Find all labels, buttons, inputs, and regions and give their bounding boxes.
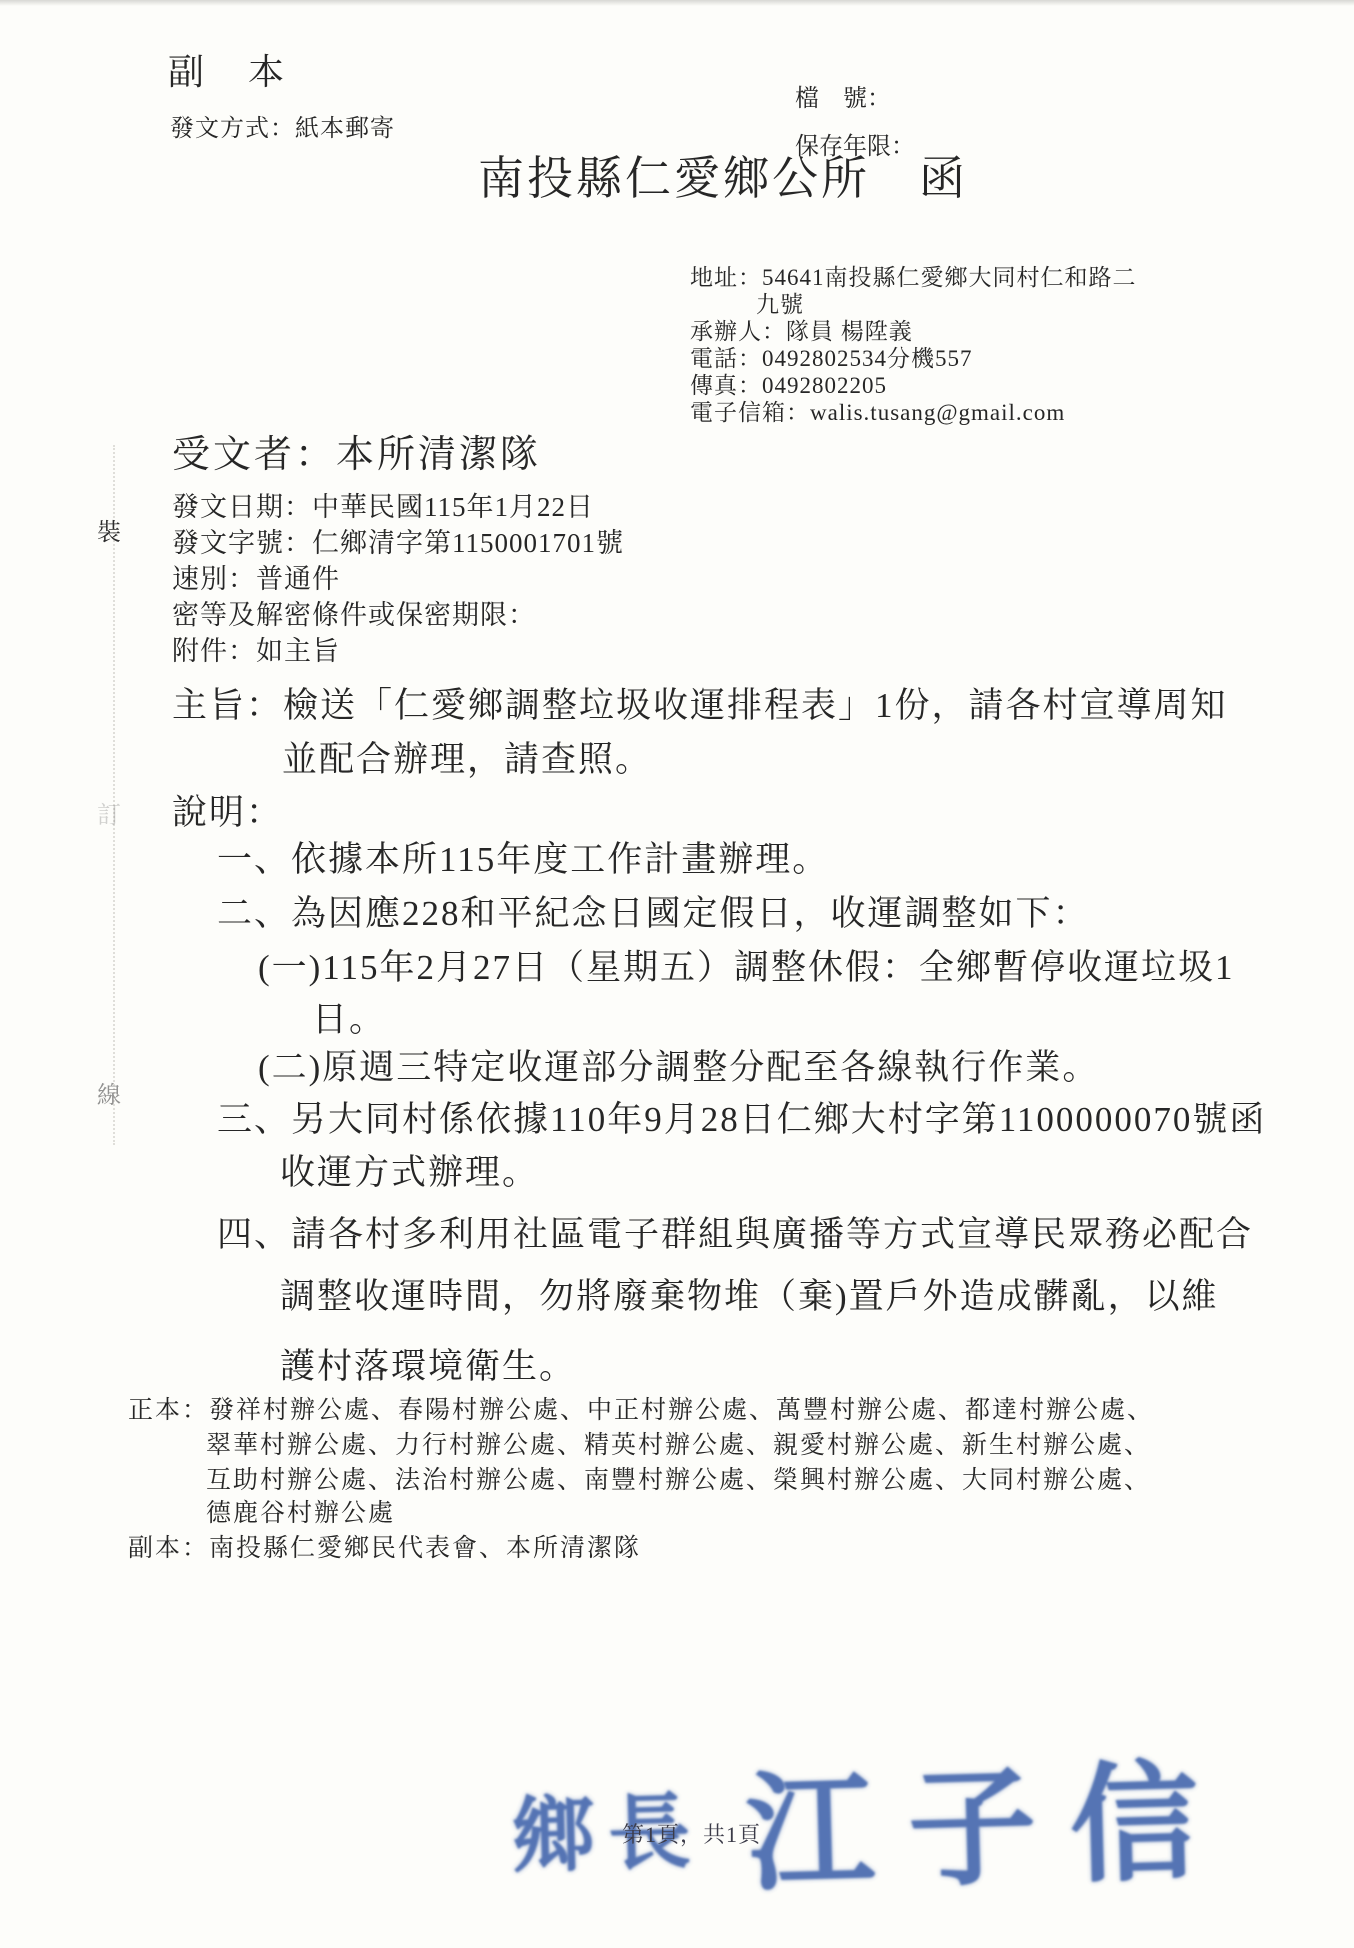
binding-mark-xian: 線 <box>97 1075 121 1110</box>
document-page: 副 本 發文方式：紙本郵寄 檔 號： 保存年限： 南投縣仁愛鄉公所 函 地址：5… <box>0 0 1354 1948</box>
document-number: 發文字號：仁鄉清字第1150001701號 <box>172 528 624 559</box>
explanation-line: 日。 <box>312 1000 386 1040</box>
attachment-note: 附件：如主旨 <box>172 636 340 667</box>
copy-recipients-line: 副本：南投縣仁愛鄉民代表會、本所清潔隊 <box>128 1535 641 1564</box>
issue-date: 發文日期：中華民國115年1月22日 <box>172 492 594 523</box>
sender-phone: 電話：0492802534分機557 <box>690 346 973 372</box>
binding-mark-ding: 訂 <box>97 795 121 830</box>
explanation-line: (二)原週三特定收運部分調整分配至各線執行作業。 <box>258 1048 1099 1088</box>
explanation-line: 二、為因應228和平紀念日國定假日，收運調整如下： <box>217 894 1090 934</box>
recipient-line: 受文者：本所清潔隊 <box>172 434 541 478</box>
mayor-name-stamp-text: 江子信 <box>744 1719 1235 1916</box>
page-indicator: 第1頁，共1頁 <box>622 1818 761 1849</box>
explanation-line: 四、請各村多利用社區電子群組與廣播等方式宣導民眾務必配合 <box>217 1215 1253 1255</box>
original-recipients-line: 德鹿谷村辦公處 <box>206 1500 395 1529</box>
sender-address-line1: 地址：54641南投縣仁愛鄉大同村仁和路二 <box>690 265 1137 291</box>
explanation-line: 三、另大同村係依據110年9月28日仁鄉大村字第1100000070號函 <box>217 1100 1266 1140</box>
mayor-signature-stamp: 鄉長 江子信 <box>510 1719 1235 1922</box>
priority-level: 速別：普通件 <box>172 564 340 595</box>
sender-fax: 傳真：0492802205 <box>690 373 887 399</box>
delivery-method: 發文方式：紙本郵寄 <box>170 116 395 144</box>
security-classification: 密等及解密條件或保密期限： <box>172 600 536 631</box>
binding-mark-zhuang: 裝 <box>97 512 121 547</box>
explanation-line: 收運方式辦理。 <box>280 1153 539 1193</box>
document-title: 南投縣仁愛鄉公所 函 <box>478 153 968 206</box>
subject-line-2: 並配合辦理，請查照。 <box>282 740 652 780</box>
sender-email: 電子信箱：walis.tusang@gmail.com <box>690 400 1065 426</box>
original-recipients-line: 翠華村辦公處、力行村辦公處、精英村辦公處、親愛村辦公處、新生村辦公處、 <box>206 1432 1151 1461</box>
explanation-line: 護村落環境衛生。 <box>280 1347 576 1387</box>
explanation-line: (一)115年2月27日（星期五）調整休假：全鄉暫停收運垃圾1 <box>258 948 1235 988</box>
explanation-line: 調整收運時間，勿將廢棄物堆（棄)置戶外造成髒亂，以維 <box>280 1277 1219 1317</box>
original-recipients-line: 正本：發祥村辦公處、春陽村辦公處、中正村辦公處、萬豐村辦公處、都達村辦公處、 <box>128 1397 1154 1426</box>
file-number-label: 檔 號： <box>795 86 891 114</box>
subject-line-1: 主旨：檢送「仁愛鄉調整垃圾收運排程表」1份，請各村宣導周知 <box>172 686 1228 726</box>
sender-contact-person: 承辦人：隊員 楊陞義 <box>690 319 913 345</box>
explanation-heading: 說明： <box>172 793 283 833</box>
sender-address-line2: 九號 <box>756 292 804 318</box>
copy-label: 副 本 <box>168 52 288 93</box>
explanation-line: 一、依據本所115年度工作計畫辦理。 <box>217 840 829 880</box>
original-recipients-line: 互助村辦公處、法治村辦公處、南豐村辦公處、榮興村辦公處、大同村辦公處、 <box>206 1467 1151 1496</box>
